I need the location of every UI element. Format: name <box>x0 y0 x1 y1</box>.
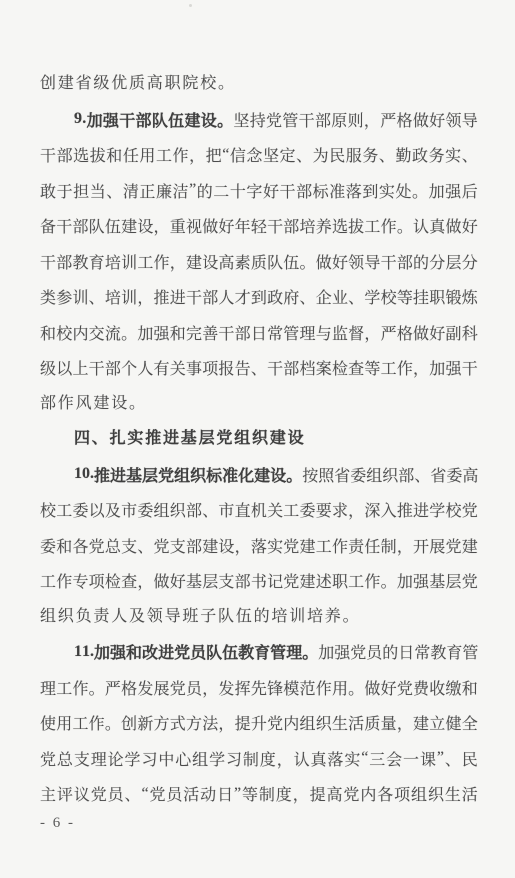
glyph: 市 <box>121 498 137 521</box>
glyph: 流 <box>105 321 121 344</box>
glyph: 组 <box>192 747 208 770</box>
glyph: 层 <box>445 569 461 592</box>
glyph: ， <box>218 711 234 734</box>
glyph: 。 <box>381 569 397 592</box>
glyph: 照 <box>318 463 334 486</box>
glyph: 模 <box>283 676 299 699</box>
glyph: 等 <box>364 356 380 379</box>
glyph: 发 <box>137 676 153 699</box>
glyph: 企 <box>316 285 332 308</box>
glyph: 干 <box>56 214 72 237</box>
glyph: 担 <box>73 179 89 202</box>
text-line: 10.推进基层党组织标准化建设。按照省委组织部、省委高 <box>40 457 478 493</box>
glyph: 记 <box>267 569 283 592</box>
glyph: 全 <box>462 711 478 734</box>
glyph: 等 <box>397 285 413 308</box>
glyph: 和 <box>170 321 186 344</box>
glyph: 关 <box>170 356 186 379</box>
glyph: 轻 <box>251 214 267 237</box>
glyph: 、 <box>89 285 105 308</box>
glyph: 织 <box>428 782 444 805</box>
glyph: 部 <box>235 569 251 592</box>
glyph: 队 <box>267 250 283 273</box>
glyph: ” <box>234 785 241 803</box>
glyph: 于 <box>57 179 73 202</box>
text-segment: 部作风建设。 <box>40 395 147 412</box>
glyph: 的 <box>413 250 429 273</box>
glyph: 导 <box>364 250 380 273</box>
glyph: 作 <box>72 676 88 699</box>
glyph: 念 <box>246 143 262 166</box>
glyph: 部 <box>56 250 72 273</box>
glyph: ” <box>189 181 196 199</box>
glyph: ， <box>277 747 293 770</box>
glyph: 培 <box>105 250 121 273</box>
glyph: 作 <box>316 676 332 699</box>
bold-glyph: 伍 <box>222 640 238 663</box>
glyph: 进 <box>413 498 429 521</box>
glyph: 建 <box>462 534 478 557</box>
glyph: 以 <box>89 498 105 521</box>
glyph: 服 <box>346 143 362 166</box>
bold-glyph: 进 <box>110 463 126 486</box>
glyph: 推 <box>397 498 413 521</box>
bold-glyph: 进 <box>158 640 174 663</box>
glyph: 。 <box>348 676 364 699</box>
glyph: 处 <box>395 179 411 202</box>
glyph: 领 <box>348 250 364 273</box>
bold-glyph: 教 <box>238 640 254 663</box>
glyph: 委 <box>72 498 88 521</box>
glyph: 党 <box>170 676 186 699</box>
glyph: 工 <box>72 711 88 734</box>
glyph: 总 <box>105 534 121 557</box>
glyph: ， <box>397 711 413 734</box>
glyph: 加 <box>429 356 445 379</box>
glyph: 分 <box>462 250 478 273</box>
glyph: 民 <box>329 143 345 166</box>
glyph: 部 <box>202 285 218 308</box>
bold-glyph: 强 <box>110 640 126 663</box>
glyph: 专 <box>72 569 88 592</box>
glyph: 工 <box>56 498 72 521</box>
glyph: 作 <box>56 569 72 592</box>
glyph: 好 <box>218 214 234 237</box>
glyph: 挂 <box>413 285 429 308</box>
glyph: 部 <box>186 534 202 557</box>
glyph: 勤 <box>395 143 411 166</box>
glyph: 建 <box>186 250 202 273</box>
glyph: 织 <box>316 711 332 734</box>
glyph: 干 <box>462 356 478 379</box>
glyph: 要 <box>316 498 332 521</box>
glyph: 干 <box>40 250 56 273</box>
bold-glyph: 9 <box>74 110 82 128</box>
glyph: 党 <box>445 534 461 557</box>
bold-glyph: 组 <box>174 463 190 486</box>
glyph: 学 <box>125 747 141 770</box>
glyph: 炼 <box>462 285 478 308</box>
glyph: 省 <box>430 463 446 486</box>
glyph: 进 <box>170 285 186 308</box>
glyph: 参 <box>56 285 72 308</box>
text-line: 四、扎实推进基层党组织建设 <box>40 421 478 457</box>
glyph: 落 <box>346 179 362 202</box>
glyph: 职 <box>332 569 348 592</box>
text-line: 9.加强干部队伍建设。坚持党管干部原则，严格做好领导 <box>40 102 478 138</box>
glyph: 项 <box>394 782 410 805</box>
glyph: 、 <box>445 747 461 770</box>
glyph: 教 <box>430 640 446 663</box>
glyph: 清 <box>123 179 139 202</box>
glyph: 党 <box>462 498 478 521</box>
bold-glyph: 和 <box>126 640 142 663</box>
glyph: 展 <box>154 676 170 699</box>
text-line: 干部选拔和任用工作，把“信念坚定、为民服务、勤政务实、 <box>40 137 478 173</box>
glyph: 党 <box>40 747 56 770</box>
glyph: 升 <box>251 711 267 734</box>
text-line: 敢于担当、清正廉洁”的二十字好干部标准落到实处。加强后 <box>40 173 478 209</box>
glyph: 建 <box>202 534 218 557</box>
bold-glyph: 育 <box>254 640 270 663</box>
bold-glyph: 1 <box>82 643 90 661</box>
glyph: 建 <box>413 711 429 734</box>
glyph: 政 <box>412 143 428 166</box>
glyph: 创 <box>121 711 137 734</box>
glyph: 严 <box>105 676 121 699</box>
glyph: 支 <box>218 569 234 592</box>
glyph: 委 <box>137 498 153 521</box>
glyph: 育 <box>89 250 105 273</box>
glyph: 学 <box>364 285 380 308</box>
glyph: 好 <box>429 321 445 344</box>
glyph: 人 <box>218 285 234 308</box>
glyph: 作 <box>364 569 380 592</box>
glyph: 织 <box>382 463 398 486</box>
glyph: 理 <box>40 676 56 699</box>
glyph: 校 <box>381 285 397 308</box>
glyph: 活 <box>462 782 478 805</box>
glyph: 伍 <box>283 250 299 273</box>
glyph: 十 <box>230 179 246 202</box>
glyph: 和 <box>106 143 122 166</box>
bold-glyph: 1 <box>74 465 82 483</box>
glyph: 织 <box>170 498 186 521</box>
glyph: 查 <box>121 569 137 592</box>
glyph: 管 <box>283 321 299 344</box>
glyph: 完 <box>186 321 202 344</box>
glyph: 部 <box>315 108 331 131</box>
page-number: - 6 - <box>40 812 75 834</box>
glyph: 准 <box>329 179 345 202</box>
glyph: ， <box>137 569 153 592</box>
glyph: 日 <box>217 782 233 805</box>
glyph: 内 <box>72 321 88 344</box>
text-line: 11.加强和改进党员队伍教育管理。加强党员的日常教育管 <box>40 634 478 670</box>
glyph: 工 <box>56 676 72 699</box>
glyph: 党 <box>283 569 299 592</box>
glyph: 干 <box>381 250 397 273</box>
glyph: 部 <box>296 179 312 202</box>
glyph: 导 <box>462 108 478 131</box>
glyph: 委 <box>300 498 316 521</box>
glyph: 。 <box>121 321 137 344</box>
glyph: 实 <box>267 534 283 557</box>
glyph: 。 <box>412 179 428 202</box>
glyph: 严 <box>380 108 396 131</box>
glyph: 案 <box>316 356 332 379</box>
glyph: 。 <box>397 214 413 237</box>
glyph: 重 <box>170 214 186 237</box>
glyph: ” <box>437 749 444 767</box>
text-line: 干部教育培训工作，建设高素质队伍。做好领导干部的分层分 <box>40 244 478 280</box>
glyph: 建 <box>121 214 137 237</box>
glyph: 好 <box>332 250 348 273</box>
glyph: 部 <box>57 143 73 166</box>
glyph: 府 <box>283 285 299 308</box>
glyph: 理 <box>91 747 107 770</box>
glyph: 锋 <box>267 676 283 699</box>
glyph: 育 <box>446 640 462 663</box>
glyph: 支 <box>74 747 90 770</box>
text-line: 委和各党总支、党支部建设，落实党建工作责任制，开展党建 <box>40 528 478 564</box>
glyph: 强 <box>413 569 429 592</box>
glyph: 培 <box>105 285 121 308</box>
glyph: 类 <box>40 285 56 308</box>
glyph: 做 <box>202 214 218 237</box>
glyph: 业 <box>332 285 348 308</box>
glyph: 各 <box>72 534 88 557</box>
glyph: 学 <box>209 747 225 770</box>
glyph: 做 <box>413 321 429 344</box>
text-line: 工作专项检查，做好基层支部书记党建述职工作。加强基层党 <box>40 563 478 599</box>
glyph: 设 <box>218 534 234 557</box>
glyph: 定 <box>280 143 296 166</box>
glyph: 项 <box>202 356 218 379</box>
glyph: 干 <box>218 321 234 344</box>
glyph: 设 <box>202 250 218 273</box>
glyph: 一 <box>403 747 419 770</box>
glyph: 活 <box>348 711 364 734</box>
glyph: 督 <box>348 321 364 344</box>
glyph: 关 <box>267 498 283 521</box>
glyph: 拔 <box>348 214 364 237</box>
glyph: 加 <box>397 569 413 592</box>
text-line: 校工委以及市委组织部、市直机关工委要求，深入推进学校党 <box>40 492 478 528</box>
glyph: 工 <box>348 569 364 592</box>
glyph: 和 <box>56 534 72 557</box>
glyph: 干 <box>40 143 56 166</box>
glyph: 日 <box>398 640 414 663</box>
glyph: 训 <box>121 285 137 308</box>
glyph: 训 <box>72 285 88 308</box>
glyph: 项 <box>89 569 105 592</box>
glyph: 主 <box>40 782 56 805</box>
glyph: 好 <box>170 569 186 592</box>
glyph: 质 <box>251 250 267 273</box>
text-segment: 创建省级优质高职院校。 <box>40 75 236 92</box>
glyph: 工 <box>316 534 332 557</box>
glyph: ， <box>202 676 218 699</box>
glyph: 方 <box>186 711 202 734</box>
glyph: 的 <box>382 640 398 663</box>
glyph: 量 <box>381 711 397 734</box>
glyph: 和 <box>462 676 478 699</box>
glyph: 才 <box>235 285 251 308</box>
glyph: 、 <box>106 179 122 202</box>
glyph: 市 <box>218 498 234 521</box>
glyph: 廉 <box>156 179 172 202</box>
glyph: 议 <box>74 782 90 805</box>
glyph: 。 <box>300 250 316 273</box>
glyph: 培 <box>300 214 316 237</box>
glyph: 、 <box>296 143 312 166</box>
glyph: 会 <box>386 747 402 770</box>
glyph: 坚 <box>233 108 249 131</box>
glyph: 校 <box>445 498 461 521</box>
bold-glyph: 加 <box>87 108 103 131</box>
glyph: 检 <box>105 569 121 592</box>
text-line: 和校内交流。加强和完善干部日常管理与监督，严格做好副科 <box>40 315 478 351</box>
glyph: 机 <box>251 498 267 521</box>
bold-glyph: 队 <box>152 108 168 131</box>
glyph: 报 <box>218 356 234 379</box>
glyph: 、 <box>251 356 267 379</box>
glyph: 述 <box>316 569 332 592</box>
glyph: 管 <box>462 640 478 663</box>
glyph: 与 <box>316 321 332 344</box>
glyph: 事 <box>186 356 202 379</box>
glyph: 教 <box>72 250 88 273</box>
glyph: 党 <box>267 711 283 734</box>
glyph: 活 <box>183 782 199 805</box>
glyph: 基 <box>429 569 445 592</box>
glyph: 校 <box>40 498 56 521</box>
glyph: 、 <box>137 534 153 557</box>
glyph: 做 <box>154 569 170 592</box>
bold-glyph: 1 <box>74 643 82 661</box>
glyph: 学 <box>429 498 445 521</box>
glyph: 、 <box>462 143 478 166</box>
glyph: 责 <box>348 534 364 557</box>
glyph: 政 <box>267 285 283 308</box>
glyph: 员 <box>186 676 202 699</box>
glyph: 用 <box>139 143 155 166</box>
glyph: 认 <box>413 214 429 237</box>
bold-glyph: 层 <box>142 463 158 486</box>
glyph: 到 <box>362 179 378 202</box>
bold-glyph: 建 <box>254 463 270 486</box>
glyph: 范 <box>300 676 316 699</box>
glyph: 加 <box>318 640 334 663</box>
glyph: 党 <box>89 534 105 557</box>
glyph: 干 <box>280 179 296 202</box>
glyph: 民 <box>462 747 478 770</box>
glyph: 部 <box>72 214 88 237</box>
glyph: 式 <box>170 711 186 734</box>
bold-glyph: 设 <box>201 108 217 131</box>
glyph: 习 <box>141 747 157 770</box>
bold-glyph: 建 <box>184 108 200 131</box>
glyph: 工 <box>381 356 397 379</box>
glyph: 档 <box>300 356 316 379</box>
glyph: 工 <box>137 250 153 273</box>
glyph: 工 <box>156 143 172 166</box>
glyph: 格 <box>397 321 413 344</box>
glyph: 党 <box>350 640 366 663</box>
glyph: 交 <box>89 321 105 344</box>
glyph: 员 <box>108 782 124 805</box>
glyph: 党 <box>154 534 170 557</box>
text-line: 党总支理论学习中心组学习制度，认真落实“三会一课”、民 <box>40 741 478 777</box>
glyph: 持 <box>250 108 266 131</box>
glyph: 课 <box>420 747 436 770</box>
glyph: 监 <box>332 321 348 344</box>
bold-glyph: 伍 <box>168 108 184 131</box>
glyph: 缴 <box>445 676 461 699</box>
document-text-block: 创建省级优质高职院校。9.加强干部队伍建设。坚持党管干部原则，严格做好领导干部选… <box>40 66 478 812</box>
glyph: 常 <box>267 321 283 344</box>
glyph: 党 <box>462 569 478 592</box>
glyph: 委 <box>446 463 462 486</box>
glyph: 员 <box>166 782 182 805</box>
glyph: 党 <box>343 782 359 805</box>
text-line: 组织负责人及领导班子队伍的培训培养。 <box>40 599 478 635</box>
glyph: 伍 <box>105 214 121 237</box>
bold-glyph: 推 <box>94 463 110 486</box>
bold-glyph: 织 <box>190 463 206 486</box>
glyph: 干 <box>299 108 315 131</box>
glyph: 发 <box>218 676 234 699</box>
glyph: 工 <box>364 214 380 237</box>
glyph: 二 <box>213 179 229 202</box>
glyph: ， <box>170 250 186 273</box>
glyph: 及 <box>105 498 121 521</box>
glyph: 坚 <box>263 143 279 166</box>
glyph: 检 <box>332 356 348 379</box>
glyph: 、 <box>379 143 395 166</box>
text-line: 创建省级优质高职院校。 <box>40 66 478 102</box>
glyph: 入 <box>381 498 397 521</box>
glyph: 开 <box>413 534 429 557</box>
glyph: 委 <box>40 534 56 557</box>
glyph: 以 <box>56 356 72 379</box>
glyph: 。 <box>89 676 105 699</box>
glyph: 内 <box>283 711 299 734</box>
glyph: 。 <box>105 711 121 734</box>
glyph: 制 <box>243 747 259 770</box>
glyph: 组 <box>154 498 170 521</box>
glyph: 干 <box>186 285 202 308</box>
glyph: 提 <box>310 782 326 805</box>
text-line: 理工作。严格发展党员，发挥先锋模范作用。做好党费收缴和 <box>40 670 478 706</box>
glyph: 年 <box>235 214 251 237</box>
glyph: 格 <box>121 676 137 699</box>
glyph: 委 <box>350 463 366 486</box>
glyph: 作 <box>397 356 413 379</box>
text-segment: 组织负责人及领导班子队伍的培训培养。 <box>40 608 360 625</box>
glyph: 习 <box>226 747 242 770</box>
glyph: 告 <box>235 356 251 379</box>
glyph: 选 <box>73 143 89 166</box>
glyph: 强 <box>154 321 170 344</box>
glyph: 部 <box>235 321 251 344</box>
glyph: 干 <box>89 356 105 379</box>
glyph: 组 <box>300 711 316 734</box>
glyph: 部 <box>283 214 299 237</box>
bold-glyph: 。 <box>217 108 233 131</box>
glyph: 生 <box>445 782 461 805</box>
